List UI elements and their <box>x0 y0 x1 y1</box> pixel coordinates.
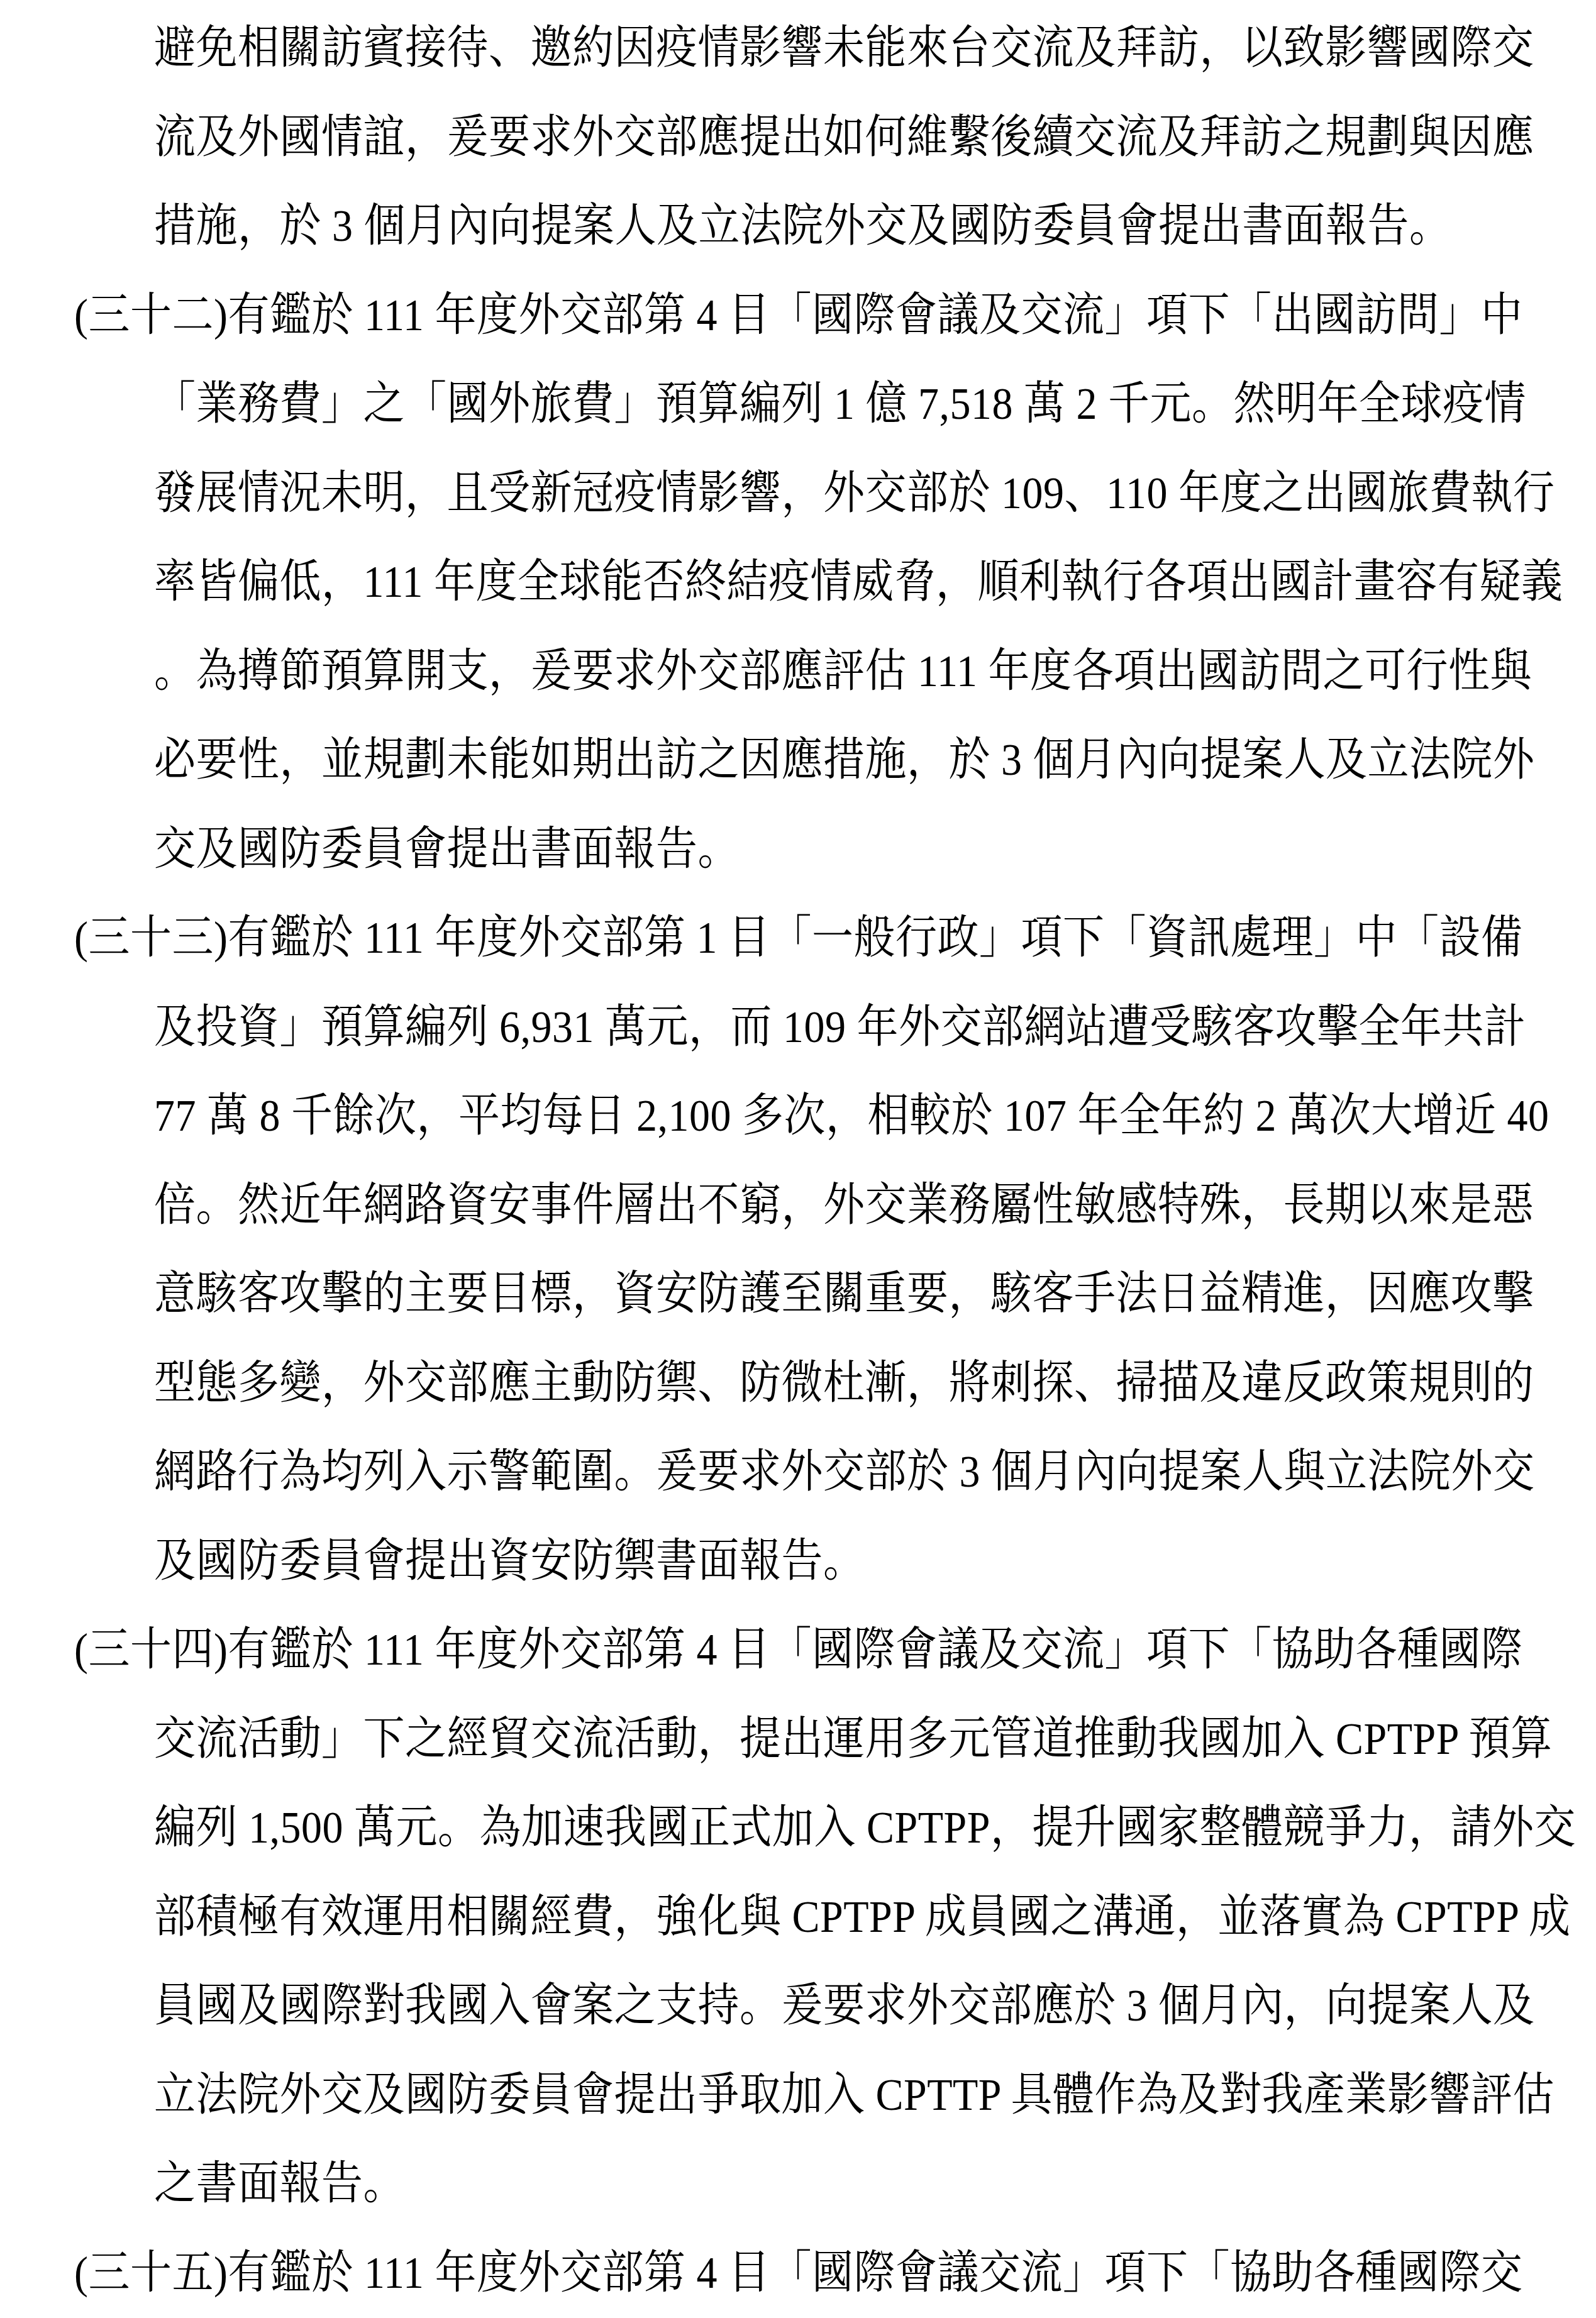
text-line: 之書面報告。 <box>154 2135 1596 2233</box>
text-line: 及投資」預算編列 6,931 萬元，而 109 年外交部網站遭受駭客攻擊全年共計 <box>154 978 1596 1076</box>
text-line: 及國防委員會提出資安防禦書面報告。 <box>154 1512 1596 1610</box>
text-line: 率皆偏低，111 年度全球能否終結疫情威脅，順利執行各項出國計畫容有疑義 <box>154 533 1596 631</box>
text-line-para-34: (三十四)有鑑於 111 年度外交部第 4 目「國際會議及交流」項下「協助各種國… <box>74 1601 1596 1699</box>
text-line: 意駭客攻擊的主要目標，資安防護至關重要，駭客手法日益精進，因應攻擊 <box>154 1245 1596 1343</box>
text-line: 流及外國情誼，爰要求外交部應提出如何維繫後續交流及拜訪之規劃與因應 <box>154 88 1596 186</box>
text-line: 交流活動」下之經貿交流活動，提出運用多元管道推動我國加入 CPTPP 預算 <box>154 1690 1596 1788</box>
text-line: 措施，於 3 個月內向提案人及立法院外交及國防委員會提出書面報告。 <box>154 177 1596 275</box>
text-line: 員國及國際對我國入會案之支持。爰要求外交部應於 3 個月內，向提案人及 <box>154 1957 1596 2055</box>
text-line: 編列 1,500 萬元。為加速我國正式加入 CPTPP，提升國家整體競爭力，請外… <box>154 1779 1596 1877</box>
text-line: 避免相關訪賓接待、邀約因疫情影響未能來台交流及拜訪，以致影響國際交 <box>154 0 1596 97</box>
text-line-para-33: (三十三)有鑑於 111 年度外交部第 1 目「一般行政」項下「資訊處理」中「設… <box>74 889 1596 987</box>
text-line: 部積極有效運用相關經費，強化與 CPTPP 成員國之溝通，並落實為 CPTPP … <box>154 1868 1596 1966</box>
text-line: 「業務費」之「國外旅費」預算編列 1 億 7,518 萬 2 千元。然明年全球疫… <box>154 355 1596 453</box>
text-line: 網路行為均列入示警範圍。爰要求外交部於 3 個月內向提案人與立法院外交 <box>154 1423 1596 1521</box>
text-line: 。為撙節預算開支，爰要求外交部應評估 111 年度各項出國訪問之可行性與 <box>154 622 1596 720</box>
text-line: 必要性，並規劃未能如期出訪之因應措施，於 3 個月內向提案人及立法院外 <box>154 711 1596 809</box>
text-line: 立法院外交及國防委員會提出爭取加入 CPTTP 具體作為及對我產業影響評估 <box>154 2046 1596 2144</box>
text-line: 倍。然近年網路資安事件層出不窮，外交業務屬性敏感特殊，長期以來是惡 <box>154 1156 1596 1254</box>
text-line: 交及國防委員會提出書面報告。 <box>154 800 1596 898</box>
document-page: 避免相關訪賓接待、邀約因疫情影響未能來台交流及拜訪，以致影響國際交 流及外國情誼… <box>0 0 1596 2318</box>
text-line: 發展情況未明，且受新冠疫情影響，外交部於 109、110 年度之出國旅費執行 <box>154 444 1596 542</box>
text-line: 型態多變，外交部應主動防禦、防微杜漸，將刺探、掃描及違反政策規則的 <box>154 1334 1596 1432</box>
text-line-para-35: (三十五)有鑑於 111 年度外交部第 4 目「國際會議交流」項下「協助各種國際… <box>74 2224 1596 2318</box>
text-line: 77 萬 8 千餘次，平均每日 2,100 多次，相較於 107 年全年約 2 … <box>154 1067 1596 1165</box>
text-line-para-32: (三十二)有鑑於 111 年度外交部第 4 目「國際會議及交流」項下「出國訪問」… <box>74 266 1596 364</box>
